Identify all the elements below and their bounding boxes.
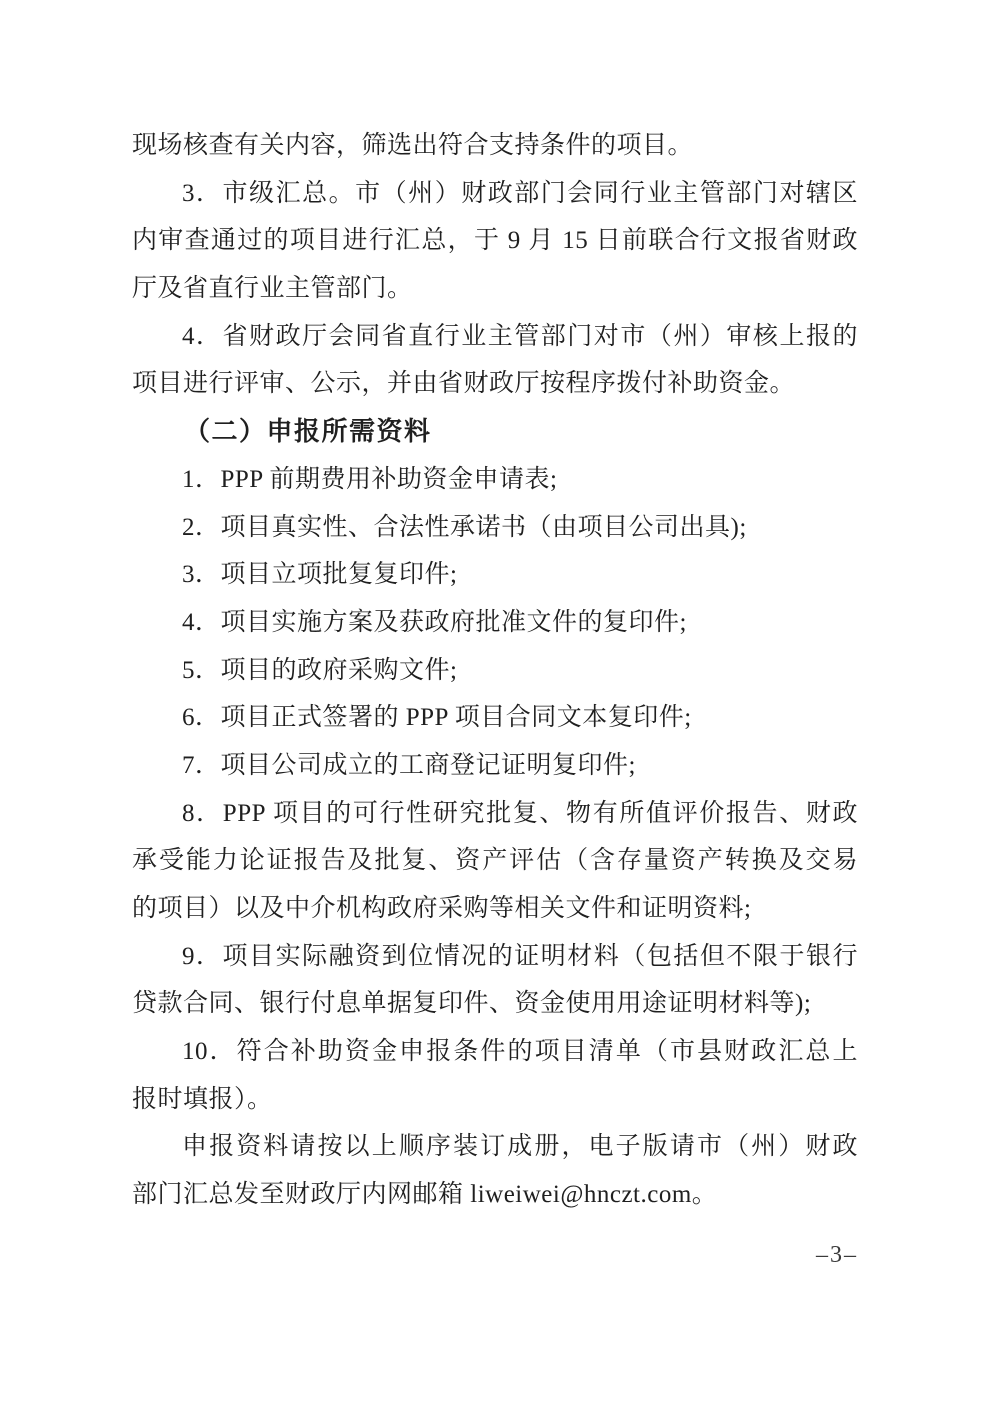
paragraph: 申报资料请按以上顺序装订成册，电子版请市（州）财政部门汇总发至财政厅内网邮箱 l… bbox=[132, 1123, 858, 1218]
text-line: 7．项目公司成立的工商登记证明复印件; bbox=[132, 742, 858, 790]
text-line: 6．项目正式签署的 PPP 项目合同文本复印件; bbox=[132, 694, 858, 742]
paragraph: 10．符合补助资金申报条件的项目清单（市县财政汇总上报时填报）。 bbox=[132, 1028, 858, 1123]
text-line: 厅及省直行业主管部门。 bbox=[132, 265, 858, 313]
paragraph: 4．项目实施方案及获政府批准文件的复印件; bbox=[132, 599, 858, 647]
document-body: 现场核查有关内容，筛选出符合支持条件的项目。3．市级汇总。市（州）财政部门会同行… bbox=[132, 122, 858, 1269]
paragraph: 4．省财政厅会同省直行业主管部门对市（州）审核上报的项目进行评审、公示，并由省财… bbox=[132, 313, 858, 408]
paragraph-container: 现场核查有关内容，筛选出符合支持条件的项目。3．市级汇总。市（州）财政部门会同行… bbox=[132, 122, 858, 1219]
text-line: 5．项目的政府采购文件; bbox=[132, 647, 858, 695]
text-line: 2．项目真实性、合法性承诺书（由项目公司出具); bbox=[132, 504, 858, 552]
paragraph: 3．项目立项批复复印件; bbox=[132, 551, 858, 599]
text-line: 9．项目实际融资到位情况的证明材料（包括但不限于银行 bbox=[132, 933, 858, 981]
text-line: 3．市级汇总。市（州）财政部门会同行业主管部门对辖区 bbox=[132, 170, 858, 218]
paragraph: 2．项目真实性、合法性承诺书（由项目公司出具); bbox=[132, 504, 858, 552]
text-line: 部门汇总发至财政厅内网邮箱 liweiwei@hnczt.com。 bbox=[132, 1171, 858, 1219]
text-line: 1．PPP 前期费用补助资金申请表; bbox=[132, 456, 858, 504]
paragraph: 5．项目的政府采购文件; bbox=[132, 647, 858, 695]
text-line: 内审查通过的项目进行汇总，于 9 月 15 日前联合行文报省财政 bbox=[132, 217, 858, 265]
paragraph: 6．项目正式签署的 PPP 项目合同文本复印件; bbox=[132, 694, 858, 742]
text-line: 3．项目立项批复复印件; bbox=[132, 551, 858, 599]
text-line: 4．省财政厅会同省直行业主管部门对市（州）审核上报的 bbox=[132, 313, 858, 361]
paragraph: 3．市级汇总。市（州）财政部门会同行业主管部门对辖区内审查通过的项目进行汇总，于… bbox=[132, 170, 858, 313]
paragraph: 8．PPP 项目的可行性研究批复、物有所值评价报告、财政承受能力论证报告及批复、… bbox=[132, 790, 858, 933]
text-line: 申报资料请按以上顺序装订成册，电子版请市（州）财政 bbox=[132, 1123, 858, 1171]
text-line: 项目进行评审、公示，并由省财政厅按程序拨付补助资金。 bbox=[132, 360, 858, 408]
text-line: 现场核查有关内容，筛选出符合支持条件的项目。 bbox=[132, 122, 858, 170]
text-line: 10．符合补助资金申报条件的项目清单（市县财政汇总上 bbox=[132, 1028, 858, 1076]
text-line: 4．项目实施方案及获政府批准文件的复印件; bbox=[132, 599, 858, 647]
text-line: 报时填报）。 bbox=[132, 1076, 858, 1124]
text-line: （二）申报所需资料 bbox=[132, 408, 858, 456]
text-line: 的项目）以及中介机构政府采购等相关文件和证明资料; bbox=[132, 885, 858, 933]
section-heading: （二）申报所需资料 bbox=[132, 408, 858, 456]
text-line: 8．PPP 项目的可行性研究批复、物有所值评价报告、财政 bbox=[132, 790, 858, 838]
paragraph: 9．项目实际融资到位情况的证明材料（包括但不限于银行贷款合同、银行付息单据复印件… bbox=[132, 933, 858, 1028]
text-line: 贷款合同、银行付息单据复印件、资金使用用途证明材料等); bbox=[132, 980, 858, 1028]
paragraph: 现场核查有关内容，筛选出符合支持条件的项目。 bbox=[132, 122, 858, 170]
paragraph: 7．项目公司成立的工商登记证明复印件; bbox=[132, 742, 858, 790]
page-number: –3– bbox=[132, 1241, 858, 1269]
paragraph: 1．PPP 前期费用补助资金申请表; bbox=[132, 456, 858, 504]
document-page: 现场核查有关内容，筛选出符合支持条件的项目。3．市级汇总。市（州）财政部门会同行… bbox=[0, 0, 992, 1403]
text-line: 承受能力论证报告及批复、资产评估（含存量资产转换及交易 bbox=[132, 837, 858, 885]
